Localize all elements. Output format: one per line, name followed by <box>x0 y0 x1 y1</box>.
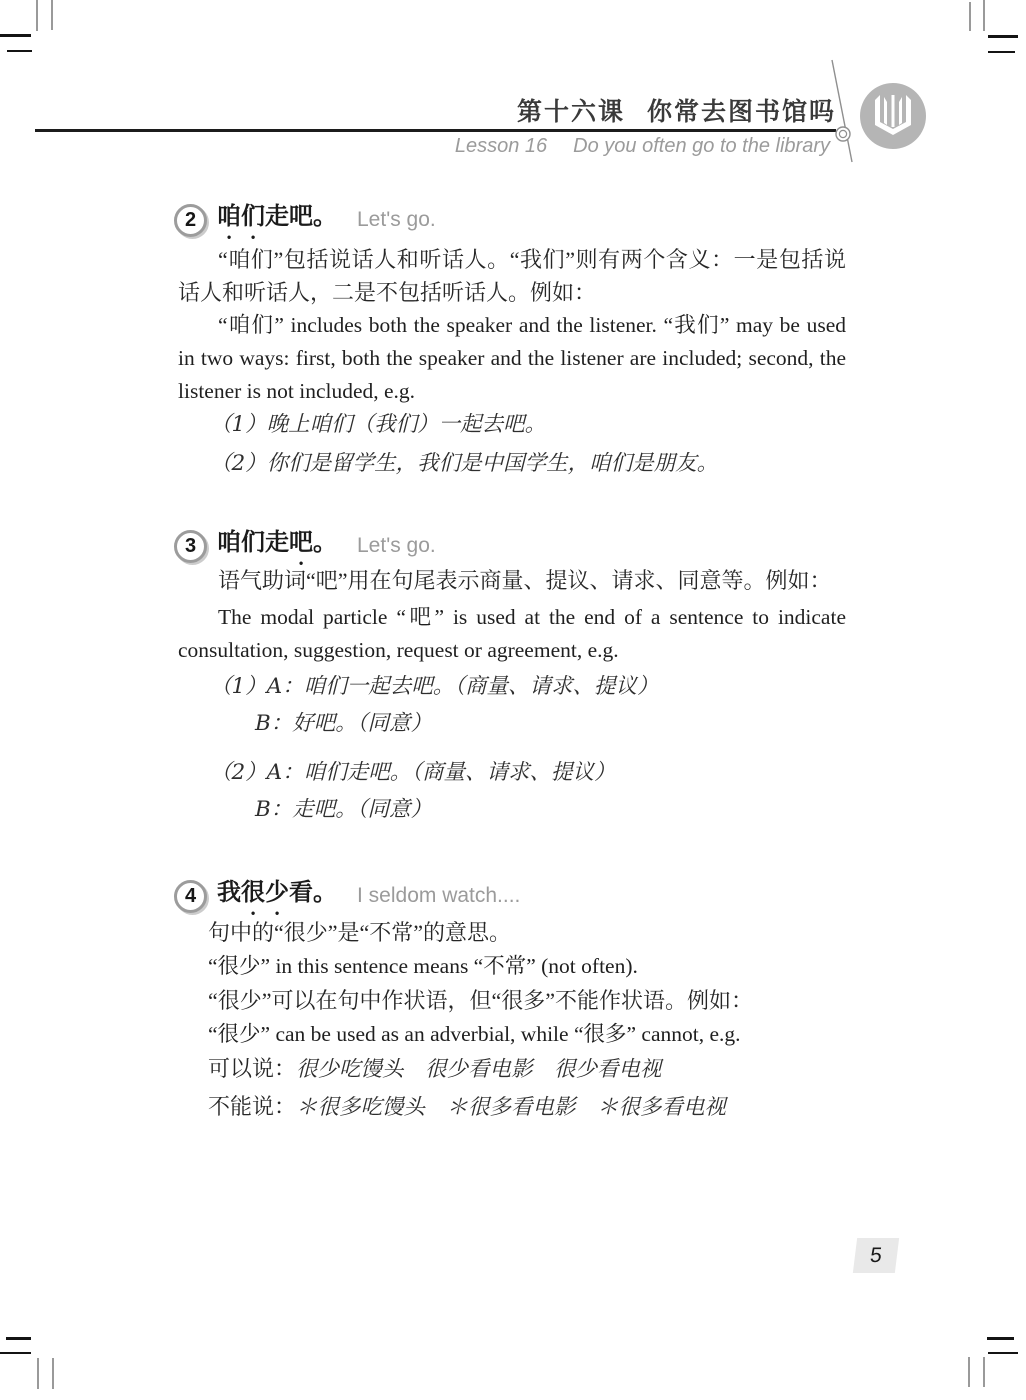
crop-mark <box>51 0 53 30</box>
note-line-cjk: 句中的“很少”是“不常”的意思。 <box>178 916 876 949</box>
note-line-en: “很少” can be used as an adverbial, while … <box>178 1018 876 1051</box>
section-title-en: Let's go. <box>357 534 436 558</box>
head-post: 。 <box>313 529 337 556</box>
section-number-badge: 2 <box>174 204 207 237</box>
section-title-cjk: 咱们走吧。 <box>217 196 337 244</box>
head-marked: 很少 <box>241 879 289 906</box>
usage-label: 不能说： <box>208 1094 296 1119</box>
crop-mark <box>36 0 38 31</box>
section-title-cjk: 我很少看。 <box>217 872 337 920</box>
crop-mark <box>6 1337 31 1340</box>
note-line-en: “很少” in this sentence means “不常” (not of… <box>178 950 876 983</box>
crop-mark <box>7 50 32 52</box>
head-marked: 吧 <box>289 529 313 556</box>
lesson-name-en: Do you often go to the library <box>573 135 830 157</box>
dialog-b-line: B：走吧。（同意） <box>178 795 923 825</box>
crop-mark <box>983 1357 985 1387</box>
section-title-cjk: 咱们走吧。 <box>217 522 337 570</box>
paragraph-cjk: 语气助词“吧”用在句尾表示商量、提议、请求、同意等。例如： <box>178 564 846 597</box>
crop-mark <box>969 2 971 31</box>
lesson-title-en: Lesson 16Do you often go to the library <box>380 135 830 158</box>
example-line: （2）你们是留学生，我们是中国学生，咱们是朋友。 <box>178 449 878 479</box>
double-circle-ornament-icon <box>836 127 850 141</box>
usage-label: 可以说： <box>208 1056 296 1081</box>
header-rule <box>35 129 836 132</box>
note-line-cjk: “很少”可以在句中作状语，但“很多”不能作状语。例如： <box>178 984 876 1017</box>
usage-line-incorrect: 不能说：＊很多吃馒头 ＊很多看电影 ＊很多看电视 <box>178 1090 876 1123</box>
lesson-number-en: Lesson 16 <box>455 135 547 157</box>
crop-mark <box>0 34 31 37</box>
head-post: 走吧。 <box>265 203 337 230</box>
crop-mark <box>0 1352 31 1354</box>
crop-mark <box>988 1352 1018 1354</box>
dialog-b-line: B：好吧。（同意） <box>178 709 923 739</box>
section-2-heading: 2 咱们走吧。 Let's go. <box>174 196 436 244</box>
crop-mark <box>52 1358 54 1389</box>
crop-mark <box>988 35 1018 38</box>
lesson-title-cjk: 第十六课你常去图书馆吗 <box>380 92 836 128</box>
head-marked: 咱们 <box>217 203 265 230</box>
usage-line-correct: 可以说：很少吃馒头 很少看电影 很少看电视 <box>178 1052 876 1085</box>
paragraph-en: The modal particle “吧” is used at the en… <box>178 601 846 667</box>
dialog-a-line: （1）A：咱们一起去吧。（商量、请求、提议） <box>178 672 878 702</box>
crop-mark <box>988 51 1015 53</box>
crop-mark <box>987 1337 1014 1340</box>
crop-mark <box>983 0 985 31</box>
dialog-a-line: （2）A：咱们走吧。（商量、请求、提议） <box>178 758 878 788</box>
lesson-name-cjk: 你常去图书馆吗 <box>647 98 836 126</box>
head-post: 看。 <box>289 879 337 906</box>
example-line: （1）晚上咱们（我们）一起去吧。 <box>178 410 878 440</box>
usage-items: 很少吃馒头 很少看电影 很少看电视 <box>296 1057 662 1082</box>
section-number-badge: 4 <box>174 880 207 913</box>
page-number-value: 5 <box>869 1244 884 1268</box>
lesson-number-cjk: 第十六课 <box>517 98 625 126</box>
section-number-badge: 3 <box>174 530 207 563</box>
page-number: 5 <box>853 1238 899 1273</box>
paragraph-cjk: “咱们”包括说话人和听话人。“我们”则有两个含义：一是包括说话人和听话人，二是不… <box>178 243 846 309</box>
section-title-en: I seldom watch.... <box>357 884 520 908</box>
textbook-page: 第十六课你常去图书馆吗 Lesson 16Do you often go to … <box>0 0 1026 1400</box>
head-pre: 咱们走 <box>217 529 289 556</box>
section-title-en: Let's go. <box>357 208 436 232</box>
section-4-heading: 4 我很少看。 I seldom watch.... <box>174 872 520 920</box>
paragraph-en: “咱们” includes both the speaker and the l… <box>178 309 846 408</box>
section-3-heading: 3 咱们走吧。 Let's go. <box>174 522 436 570</box>
crop-mark <box>968 1357 970 1387</box>
usage-items: ＊很多吃馒头 ＊很多看电影 ＊很多看电视 <box>296 1095 726 1120</box>
book-logo-icon <box>860 83 926 149</box>
crop-mark <box>37 1358 39 1389</box>
head-pre: 我 <box>217 879 241 906</box>
